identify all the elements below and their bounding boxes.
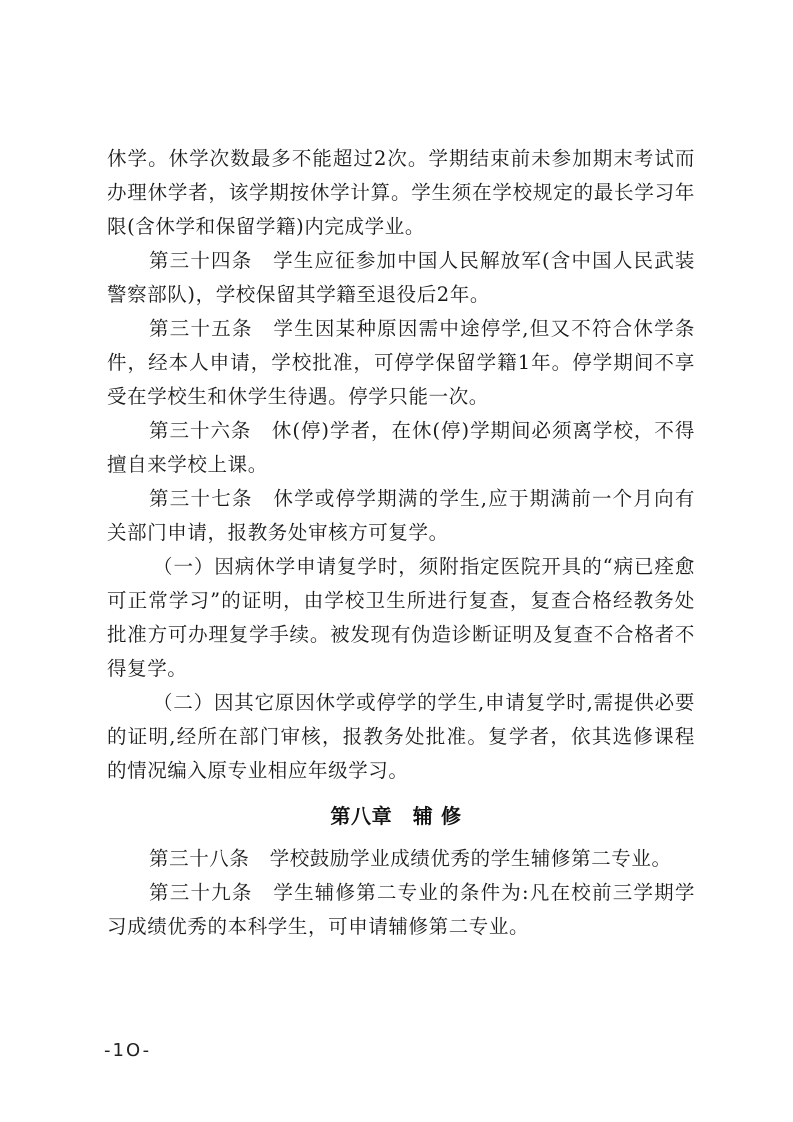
paragraph-suspension-limits: 休学。休学次数最多不能超过2次。学期结束前未参加期末考试而办理休学者，该学期按休…	[107, 142, 695, 244]
paragraph-article-34: 第三十四条 学生应征参加中国人民解放军(含中国人民武装警察部队)，学校保留其学籍…	[107, 244, 695, 312]
paragraph-article-38: 第三十八条 学校鼓励学业成绩优秀的学生辅修第二专业。	[107, 842, 695, 876]
paragraph-article-37: 第三十七条 休学或停学期满的学生,应于期满前一个月向有关部门申请，报教务处审核方…	[107, 482, 695, 550]
paragraph-article-35: 第三十五条 学生因某种原因需中途停学,但又不符合休学条件，经本人申请，学校批准，…	[107, 312, 695, 414]
document-body: 休学。休学次数最多不能超过2次。学期结束前未参加期末考试而办理休学者，该学期按休…	[107, 142, 695, 944]
page-number: -1O-	[104, 1040, 151, 1061]
chapter-heading: 第八章 辅 修	[107, 796, 695, 836]
paragraph-article-39: 第三十九条 学生辅修第二专业的条件为:凡在校前三学期学习成绩优秀的本科学生，可申…	[107, 876, 695, 944]
document-page: 休学。休学次数最多不能超过2次。学期结束前未参加期末考试而办理休学者，该学期按休…	[0, 0, 793, 1122]
paragraph-article-37-item-2: （二）因其它原因休学或停学的学生,申请复学时,需提供必要的证明,经所在部门审核，…	[107, 686, 695, 788]
paragraph-article-37-item-1: （一）因病休学申请复学时，须附指定医院开具的“病已痊愈可正常学习”的证明，由学校…	[107, 550, 695, 686]
paragraph-article-36: 第三十六条 休(停)学者，在休(停)学期间必须离学校，不得擅自来学校上课。	[107, 414, 695, 482]
